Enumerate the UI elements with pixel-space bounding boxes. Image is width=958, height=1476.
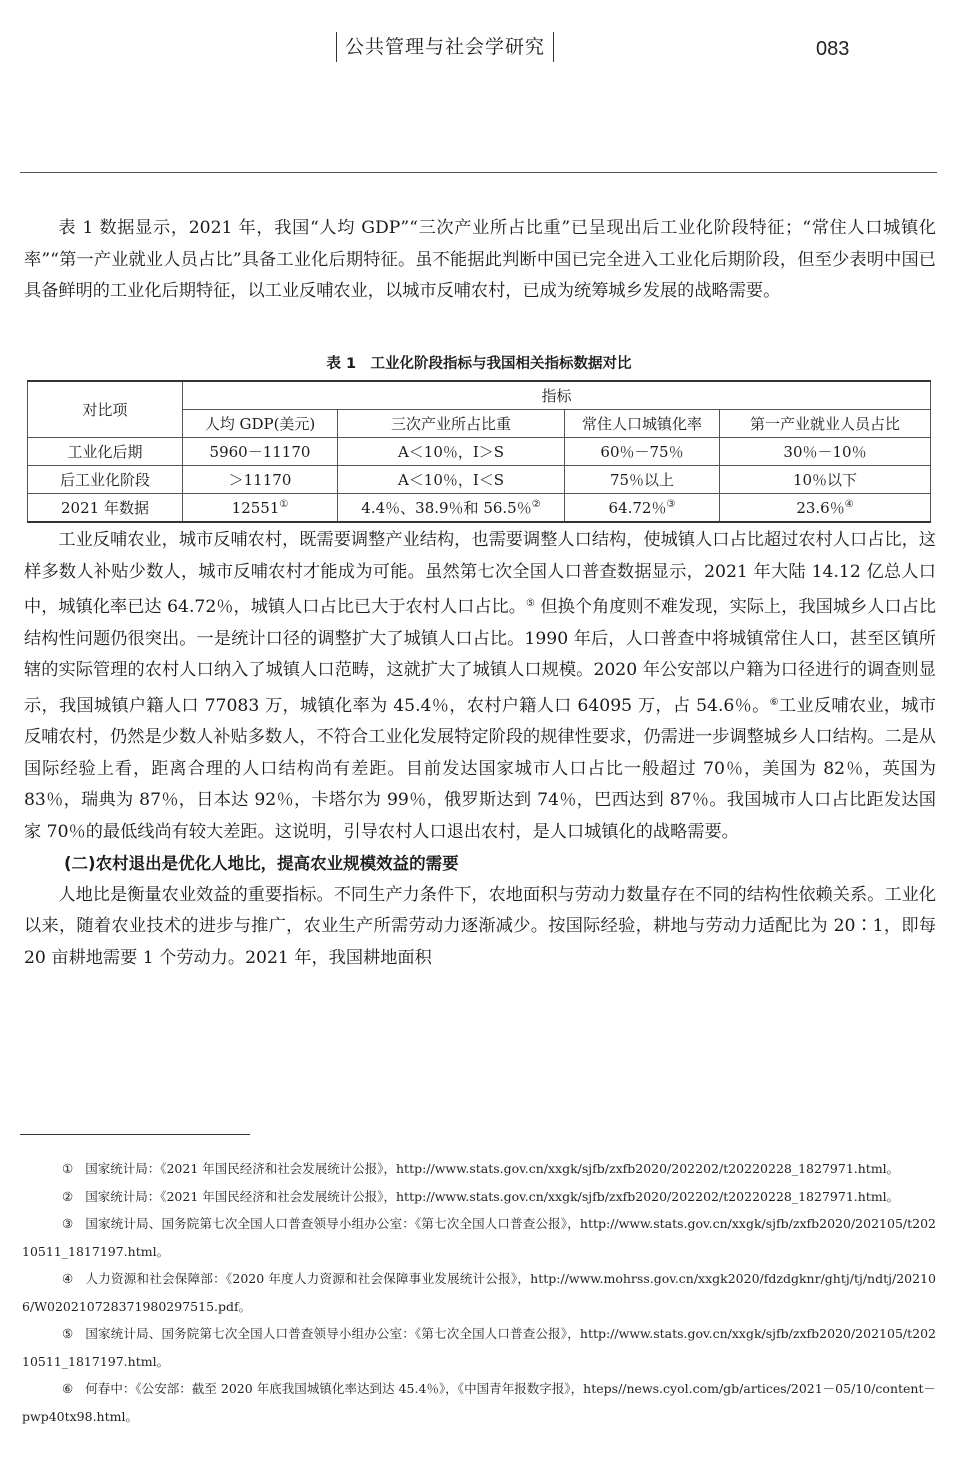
section-heading: (二)农村退出是优化人地比，提高农业规模效益的需要: [24, 848, 936, 880]
table-header-row: 对比项 指标: [28, 381, 931, 410]
journal-title: 公共管理与社会学研究: [336, 32, 554, 62]
paragraph: 表 1 数据显示，2021 年，我国“人均 GDP”“三次产业所占比重”已呈现出…: [24, 213, 936, 308]
paragraph: 工业反哺农业，城市反哺农村，既需要调整产业结构，也需要调整人口结构，使城镇人口占…: [24, 525, 936, 848]
row-label: 后工业化阶段: [28, 466, 183, 494]
table-cell: 4.4％、38.9％和 56.5％②: [338, 494, 565, 523]
running-header: 公共管理与社会学研究 083: [0, 30, 958, 66]
table-row: 后工业化阶段 ＞11170 A＜10％，I＜S 75％以上 10％以下: [28, 466, 931, 494]
main-section: 工业反哺农业，城市反哺农村，既需要调整产业结构，也需要调整人口结构，使城镇人口占…: [24, 525, 936, 974]
footnote: ①国家统计局：《2021 年国民经济和社会发展统计公报》，http://www.…: [22, 1155, 936, 1183]
table-row: 工业化后期 5960－11170 A＜10％，I＞S 60％－75％ 30％－1…: [28, 438, 931, 466]
table-cell: 60％－75％: [565, 438, 720, 466]
table-caption: 表 1 工业化阶段指标与我国相关指标数据对比: [0, 352, 958, 373]
intro-section: 表 1 数据显示，2021 年，我国“人均 GDP”“三次产业所占比重”已呈现出…: [24, 213, 936, 308]
column-header: 人均 GDP(美元): [183, 410, 338, 438]
table-cell: 30％－10％: [720, 438, 931, 466]
footnote-ref[interactable]: ①: [279, 499, 288, 510]
table-cell: A＜10％，I＞S: [338, 438, 565, 466]
footnote-ref[interactable]: ②: [532, 499, 541, 510]
footnote: ②国家统计局：《2021 年国民经济和社会发展统计公报》，http://www.…: [22, 1183, 936, 1211]
footnote-ref[interactable]: ⑤: [526, 598, 535, 609]
table-cell: 23.6％④: [720, 494, 931, 523]
table-cell: 5960－11170: [183, 438, 338, 466]
footnote-ref[interactable]: ④: [845, 499, 854, 510]
footnote: ⑤国家统计局、国务院第七次全国人口普查领导小组办公室：《第七次全国人口普查公报》…: [22, 1320, 936, 1375]
group-header-cell: 指标: [183, 381, 931, 410]
page-number: 083: [816, 38, 849, 61]
table-cell: ＞11170: [183, 466, 338, 494]
comparison-table: 对比项 指标 人均 GDP(美元) 三次产业所占比重 常住人口城镇化率 第一产业…: [27, 380, 931, 523]
header-rule: [20, 172, 937, 173]
column-header: 常住人口城镇化率: [565, 410, 720, 438]
footnote-ref[interactable]: ⑥: [770, 697, 779, 708]
table-cell: A＜10％，I＜S: [338, 466, 565, 494]
column-header: 第一产业就业人员占比: [720, 410, 931, 438]
row-header-cell: 对比项: [28, 381, 183, 438]
footnote-ref[interactable]: ③: [666, 499, 675, 510]
paragraph: 人地比是衡量农业效益的重要指标。不同生产力条件下，农地面积与劳动力数量存在不同的…: [24, 880, 936, 975]
footnotes: ①国家统计局：《2021 年国民经济和社会发展统计公报》，http://www.…: [22, 1155, 936, 1430]
footnote: ③国家统计局、国务院第七次全国人口普查领导小组办公室：《第七次全国人口普查公报》…: [22, 1210, 936, 1265]
row-label: 工业化后期: [28, 438, 183, 466]
table-cell: 12551①: [183, 494, 338, 523]
footnote: ⑥何春中：《公安部：截至 2020 年底我国城镇化率达到达 45.4％》，《中国…: [22, 1375, 936, 1430]
row-label: 2021 年数据: [28, 494, 183, 523]
table-cell: 64.72％③: [565, 494, 720, 523]
footnote-rule: [20, 1134, 250, 1135]
footnote: ④人力资源和社会保障部：《2020 年度人力资源和社会保障事业发展统计公报》，h…: [22, 1265, 936, 1320]
column-header: 三次产业所占比重: [338, 410, 565, 438]
table-cell: 75％以上: [565, 466, 720, 494]
table-cell: 10％以下: [720, 466, 931, 494]
table-row: 2021 年数据 12551① 4.4％、38.9％和 56.5％② 64.72…: [28, 494, 931, 523]
